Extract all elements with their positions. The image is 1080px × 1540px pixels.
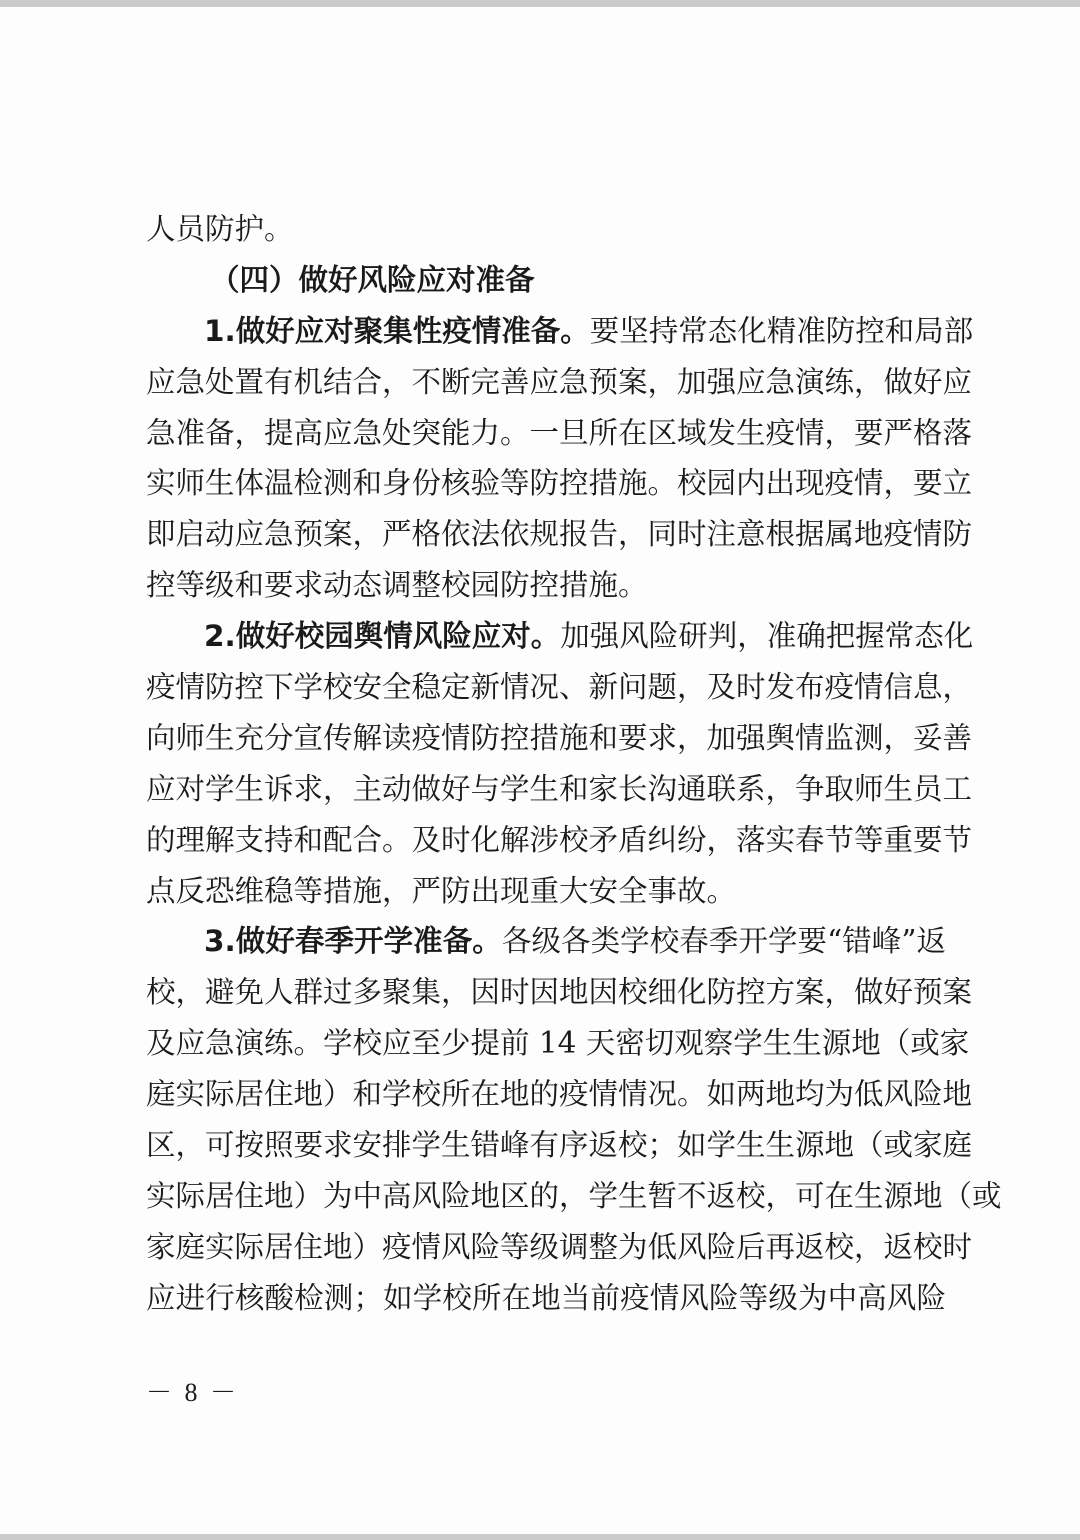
paragraph-2-line: 点反恐维稳等措施，严防出现重大安全事故。 [146, 866, 946, 917]
viewer-top-edge [0, 0, 1080, 7]
paragraph-3-line: 实际居住地）为中高风险地区的，学生暂不返校，可在生源地（或 [146, 1171, 946, 1222]
paragraph-3-line: 及应急演练。学校应至少提前 14 天密切观察学生生源地（或家 [146, 1018, 946, 1069]
paragraph-3-line: 庭实际居住地）和学校所在地的疫情情况。如两地均为低风险地 [146, 1069, 946, 1120]
paragraph-1-line: 即启动应急预案，严格依法依规报告，同时注意根据属地疫情防 [146, 509, 946, 560]
paragraph-3-title: 3.做好春季开学准备。 [204, 924, 502, 958]
document-page: 人员防护。 （四）做好风险应对准备 1.做好应对聚集性疫情准备。要坚持常态化精准… [146, 204, 946, 1324]
section-heading: （四）做好风险应对准备 [146, 255, 946, 306]
paragraph-2-line: 的理解支持和配合。及时化解涉校矛盾纠纷，落实春节等重要节 [146, 815, 946, 866]
paragraph-1-line: 实师生体温检测和身份核验等防控措施。校园内出现疫情，要立 [146, 458, 946, 509]
paragraph-1-title: 1.做好应对聚集性疫情准备。 [204, 314, 590, 348]
paragraph-2-title: 2.做好校园舆情风险应对。 [204, 619, 560, 653]
paragraph-2-line-1: 2.做好校园舆情风险应对。加强风险研判，准确把握常态化 [146, 611, 946, 662]
paragraph-2-line: 应对学生诉求，主动做好与学生和家长沟通联系，争取师生员工 [146, 764, 946, 815]
paragraph-3-line: 应进行核酸检测；如学校所在地当前疫情风险等级为中高风险 [146, 1273, 946, 1324]
paragraph-3-line: 校，避免人群过多聚集，因时因地因校细化防控方案，做好预案 [146, 967, 946, 1018]
paragraph-1-line-1: 1.做好应对聚集性疫情准备。要坚持常态化精准防控和局部 [146, 306, 946, 357]
paragraph-1-line: 急准备，提高应急处突能力。一旦所在区域发生疫情，要严格落 [146, 408, 946, 459]
paragraph-3-line-1: 3.做好春季开学准备。各级各类学校春季开学要“错峰”返 [146, 916, 946, 967]
viewer-bottom-edge [0, 1534, 1080, 1540]
paragraph-1-line: 应急处置有机结合，不断完善应急预案，加强应急演练，做好应 [146, 357, 946, 408]
paragraph-2-line: 疫情防控下学校安全稳定新情况、新问题，及时发布疫情信息， [146, 662, 946, 713]
page-number: － 8 － [146, 1372, 236, 1409]
continuation-line: 人员防护。 [146, 204, 946, 255]
paragraph-2-line: 向师生充分宣传解读疫情防控措施和要求，加强舆情监测，妥善 [146, 713, 946, 764]
paragraph-3-line: 区，可按照要求安排学生错峰有序返校；如学生生源地（或家庭 [146, 1120, 946, 1171]
paragraph-1-line: 控等级和要求动态调整校园防控措施。 [146, 560, 946, 611]
paragraph-3-line: 家庭实际居住地）疫情风险等级调整为低风险后再返校，返校时 [146, 1222, 946, 1273]
